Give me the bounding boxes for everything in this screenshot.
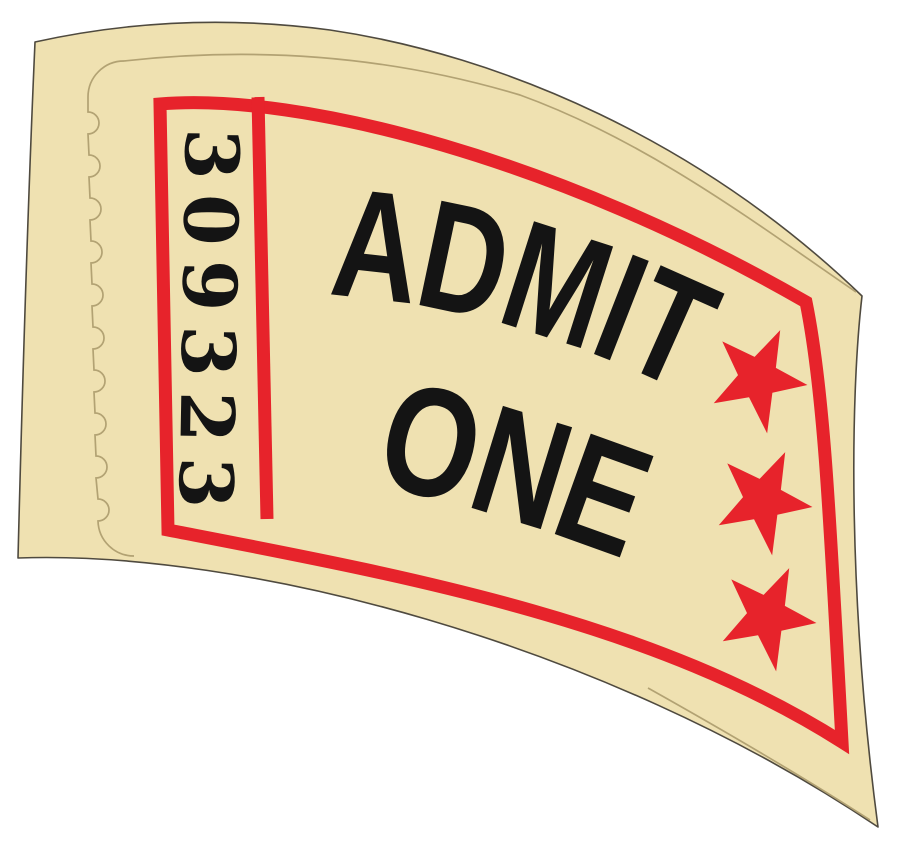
ticket-illustration-stage: 309323 ADMIT ONE (0, 0, 900, 857)
stub-divider-rule (258, 97, 267, 519)
admit-one-ticket-flag: 309323 ADMIT ONE (0, 0, 900, 857)
